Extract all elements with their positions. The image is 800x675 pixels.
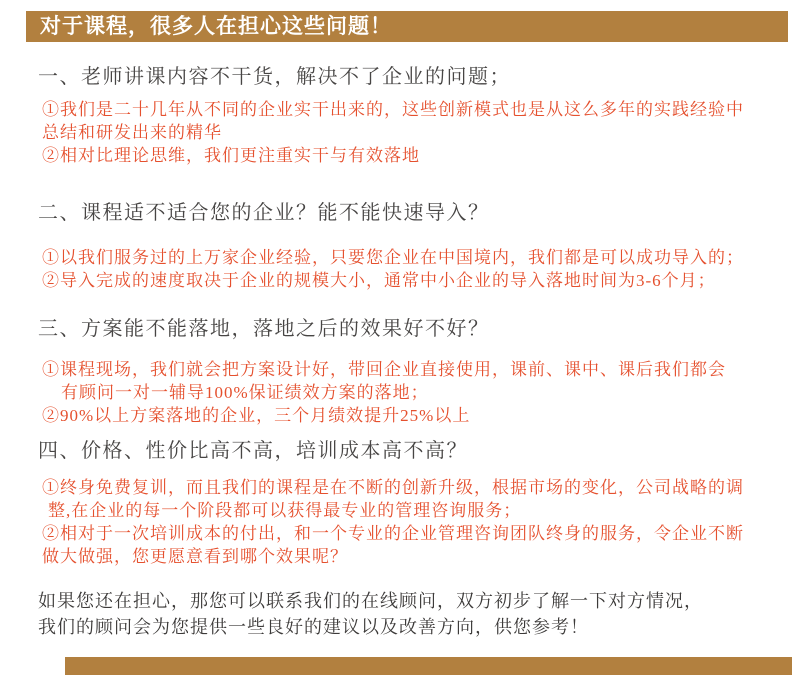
question-4-answer-line-1: ①终身免费复训，而且我们的课程是在不断的创新升级，根据市场的变化，公司战略的调 (42, 476, 800, 499)
question-1-answer-line-3: ②相对比理论思维，我们更注重实干与有效落地 (42, 144, 800, 167)
question-1-heading: 一、老师讲课内容不干货，解决不了企业的问题； (38, 64, 800, 90)
question-3-heading: 三、方案能不能落地，落地之后的效果好不好？ (38, 316, 800, 342)
question-2-answer-line-1: ①以我们服务过的上万家企业经验，只要您企业在中国境内，我们都是可以成功导入的； (42, 246, 800, 269)
question-3-answer-line-1: ①课程现场，我们就会把方案设计好，带回企业直接使用，课前、课中、课后我们都会 (42, 358, 800, 381)
question-2-answer-line-2: ②导入完成的速度取决于企业的规模大小，通常中小企业的导入落地时间为3-6个月； (42, 269, 800, 292)
qa-block-2: 二、课程适不适合您的企业？能不能快速导入？ ①以我们服务过的上万家企业经验，只要… (0, 200, 800, 292)
question-4-answer-line-3: ②相对于一次培训成本的付出，和一个专业的企业管理咨询团队终身的服务，令企业不断 (42, 522, 800, 545)
question-4-answer-line-2: 整,在企业的每一个阶段都可以获得最专业的管理咨询服务； (42, 499, 800, 522)
qa-block-3: 三、方案能不能落地，落地之后的效果好不好？ ①课程现场，我们就会把方案设计好，带… (0, 316, 800, 427)
next-section-banner-partial (65, 657, 792, 675)
question-3-answer-line-2: 有顾问一对一辅导100%保证绩效方案的落地； (42, 381, 800, 404)
section-header-banner: 对于课程，很多人在担心这些问题！ (26, 11, 788, 42)
question-2-heading: 二、课程适不适合您的企业？能不能快速导入？ (38, 200, 800, 226)
question-3-answer-line-3: ②90%以上方案落地的企业，三个月绩效提升25%以上 (42, 404, 800, 427)
qa-block-1: 一、老师讲课内容不干货，解决不了企业的问题； ①我们是二十几年从不同的企业实干出… (0, 64, 800, 167)
question-1-answer-line-1: ①我们是二十几年从不同的企业实干出来的，这些创新模式也是从这么多年的实践经验中 (42, 98, 800, 121)
closing-note-line-1: 如果您还在担心，那您可以联系我们的在线顾问，双方初步了解一下对方情况， (38, 588, 800, 614)
section-title: 对于课程，很多人在担心这些问题！ (26, 11, 788, 42)
question-4-heading: 四、价格、性价比高不高，培训成本高不高？ (38, 438, 800, 464)
content: 一、老师讲课内容不干货，解决不了企业的问题； ①我们是二十几年从不同的企业实干出… (0, 42, 800, 640)
closing-note-line-2: 我们的顾问会为您提供一些良好的建议以及改善方向，供您参考！ (38, 614, 800, 640)
question-4-answer-line-4: 做大做强，您更愿意看到哪个效果呢？ (42, 545, 800, 568)
question-1-answer-line-2: 总结和研发出来的精华 (42, 121, 800, 144)
qa-block-4: 四、价格、性价比高不高，培训成本高不高？ ①终身免费复训，而且我们的课程是在不断… (0, 438, 800, 568)
page: 对于课程，很多人在担心这些问题！ 一、老师讲课内容不干货，解决不了企业的问题； … (0, 0, 800, 675)
